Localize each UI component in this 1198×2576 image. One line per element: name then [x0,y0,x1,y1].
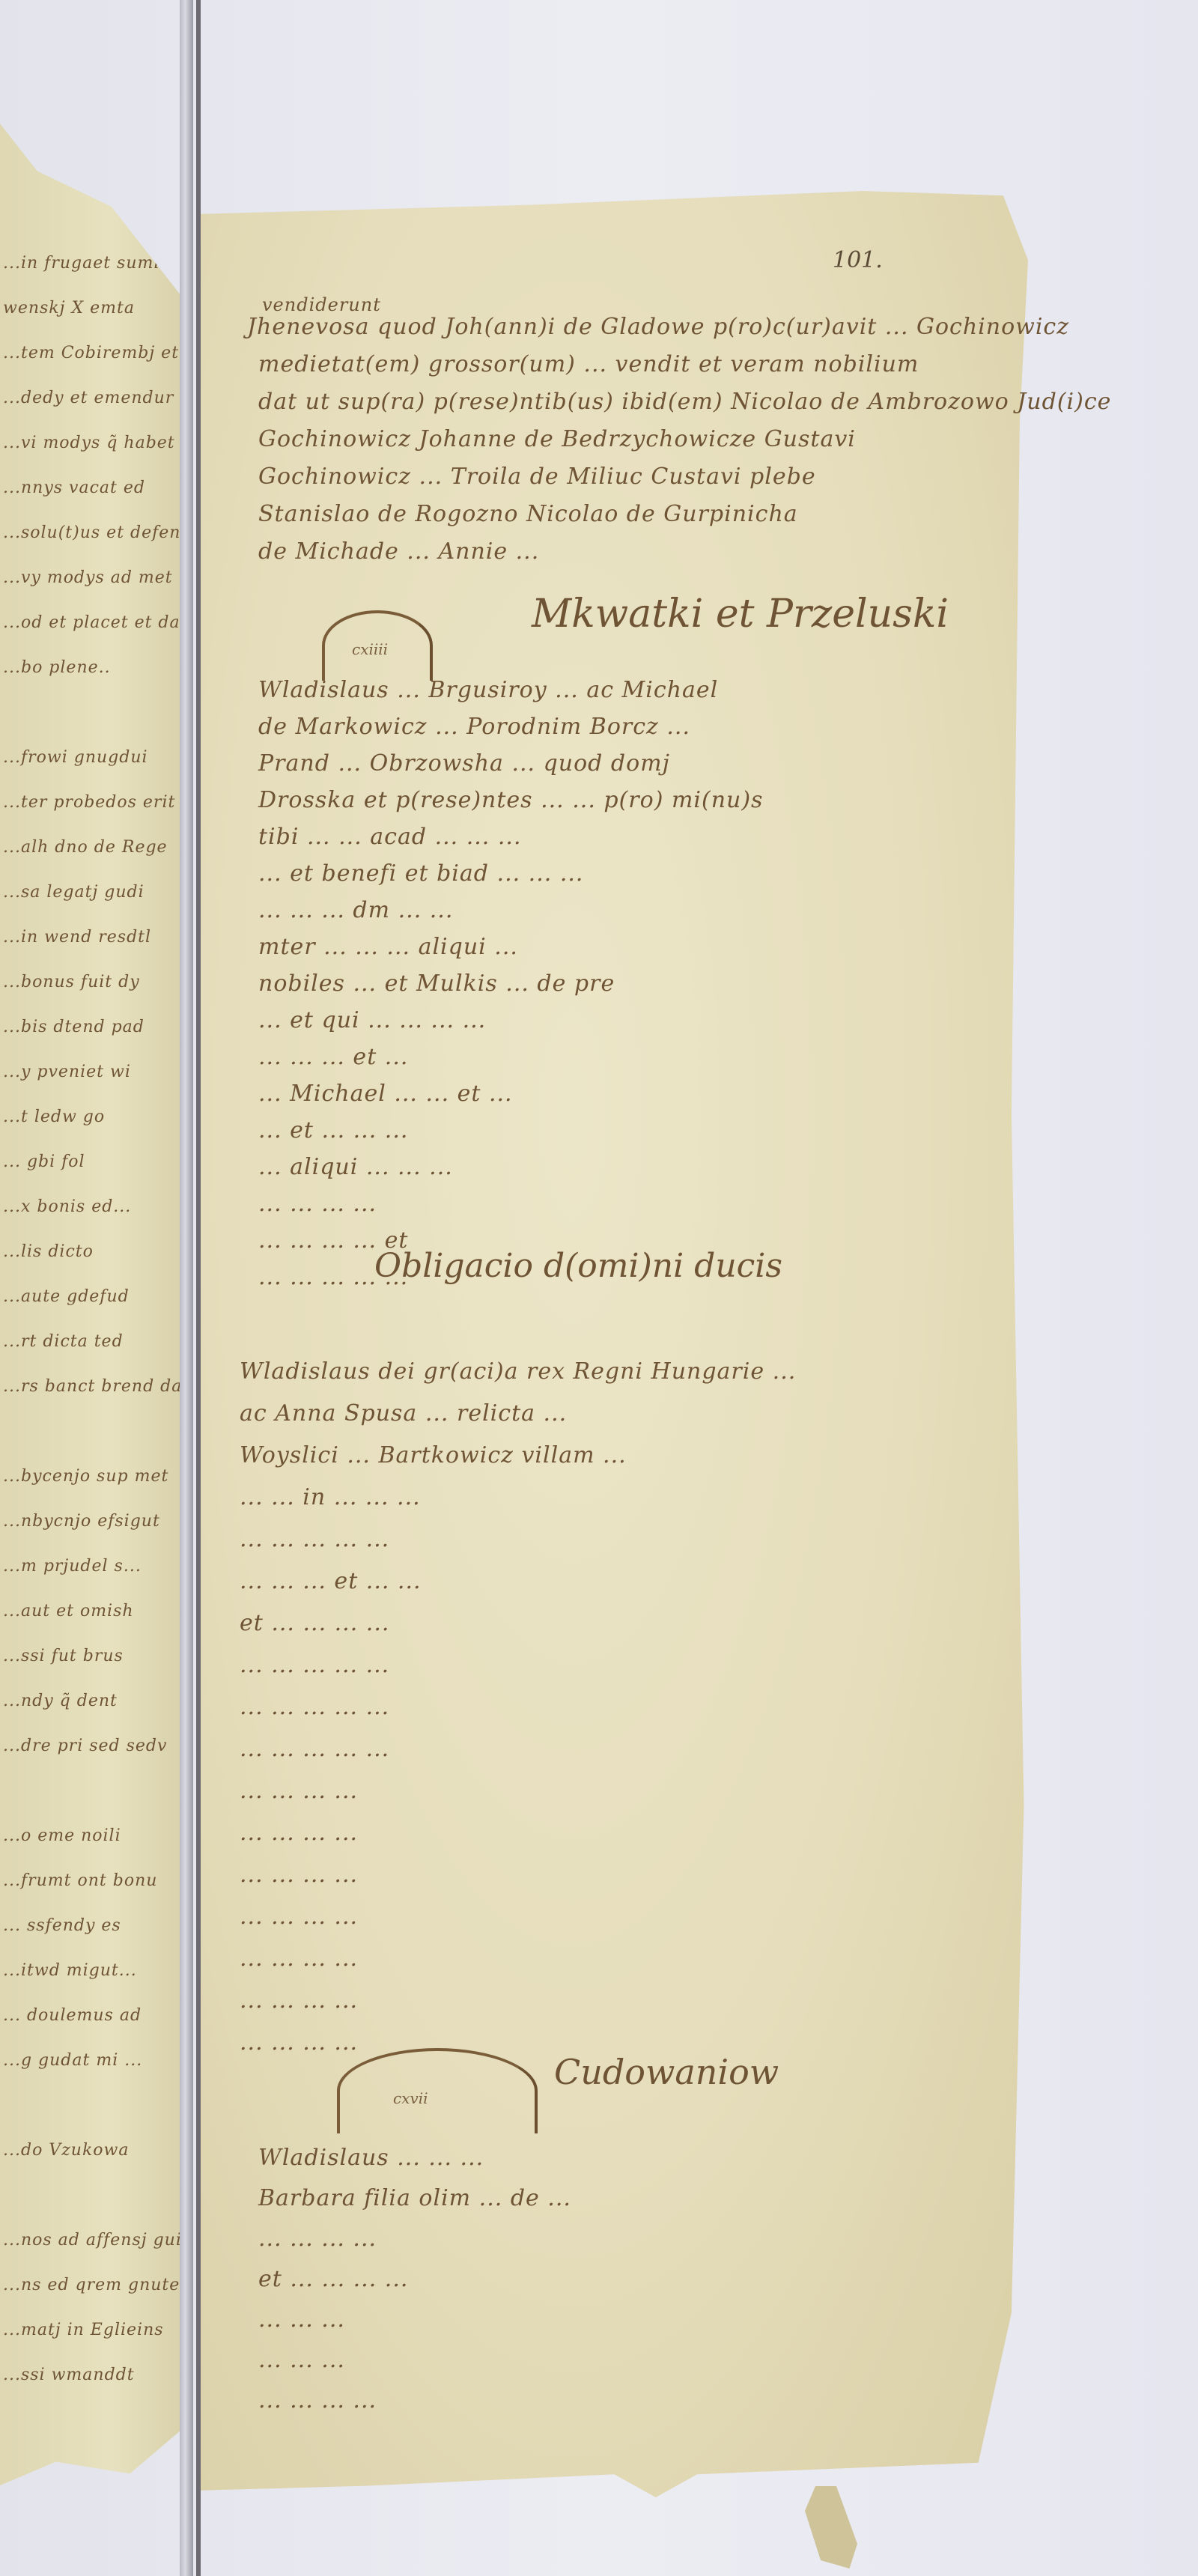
binding-rod [180,0,193,2576]
text-line: ... ... ... et ... [258,1045,408,1070]
text-line: ... ... ... [258,2348,345,2373]
text-line: ... Michael ... ... et ... [258,1081,513,1107]
text-line: Jhenevosa quod Joh(ann)i de Gladowe p(ro… [247,315,1069,340]
text-line: de Michade ... Annie ... [258,539,539,565]
left-page-text-line: ...dedy et emendur [3,386,174,411]
text-line: ... aliqui ... ... ... [258,1155,453,1180]
left-page-text-line: ...g gudat mi ... [3,2048,142,2074]
text-line: medietat(em) grossor(um) ... vendit et v… [258,352,919,377]
text-line: ... et qui ... ... ... ... [258,1008,486,1033]
text-line: de Markowicz ... Porodnim Borcz ... [258,714,690,740]
left-page-text-line: ...dre pri sed sedv [3,1734,167,1759]
left-page-text-line: ...ter probedos erit [3,790,175,815]
text-line: ac Anna Spusa ... relicta ... [240,1401,567,1427]
left-page-text-line: ...frowi gnugdui [3,745,148,771]
text-line: ... ... ... ... [240,2030,358,2056]
text-line: ... ... ... ... ... [240,1527,389,1552]
margin-bracket [337,2048,538,2133]
text-line: ... ... ... dm ... ... [258,898,453,923]
left-page-text-line: ...tem Cobirembj et [3,341,179,366]
left-page-text-line: ...x bonis ed... [3,1194,131,1220]
left-page-text-line: ...matj in Eglieins [3,2318,164,2343]
text-line: et ... ... ... ... [240,1611,389,1636]
left-page-text-line: ...y pveniet wi [3,1060,131,1085]
entry-heading: Cudowaniow [554,2052,779,2092]
text-line: Gochinowicz Johanne de Bedrzychowicze Gu… [258,427,856,452]
left-page-text-line: ...o eme noili [3,1823,121,1849]
text-line: ... ... ... ... [240,1988,358,2014]
text-line: ... ... ... ... [258,1191,377,1217]
left-page-text-line: ...rs banct brend dat [3,1374,189,1400]
left-page-text-line: ...frumt ont bonu [3,1868,157,1894]
left-page-text-line: ...in frugaet sumit [3,251,167,276]
text-line: ... ... ... [258,2307,345,2333]
left-page-text-line: ...bycenjo sup met [3,1464,168,1489]
left-page-text-line: ...rt dicta ted [3,1329,124,1355]
left-page-text-line: ...aute gdefud [3,1284,130,1310]
left-page-text-line: ...alh dno de Rege [3,835,168,860]
left-page-text-line: ...nos ad affensj gui [3,2228,182,2253]
entry-heading: Obligacio d(omi)ni ducis [374,1247,782,1285]
text-line: ... ... ... ... [240,1862,358,1888]
left-page-text-line: ... ssfendy es [3,1913,121,1939]
text-line: ... ... ... ... ... [240,1653,389,1678]
margin-note: cxvii [393,2089,428,2107]
left-page-text-line: ...in wend resdtl [3,925,151,950]
text-line: ... ... ... ... [240,1778,358,1804]
text-line: tibi ... ... acad ... ... ... [258,824,522,850]
margin-note: cxiiii [352,640,388,658]
left-page-text-line: ...vi modys q̃ habet [3,431,175,456]
entry-heading: Mkwatki et Przeluski [532,592,949,637]
text-line: Wladislaus ... ... ... [258,2145,484,2171]
text-line: Barbara filia olim ... de ... [258,2186,571,2211]
left-page-text-line: ... gbi fol [3,1149,85,1175]
text-line: Wladislaus ... Brgusiroy ... ac Michael [258,678,718,703]
left-page-text-line: ... doulemus ad [3,2003,142,2029]
binding-rod-shadow [196,0,201,2576]
text-line: Wladislaus dei gr(aci)a rex Regni Hungar… [240,1359,796,1385]
text-line: ... ... ... ... [258,2388,377,2414]
text-line: mter ... ... ... aliqui ... [258,935,518,960]
left-page-text-line: ...ssi fut brus [3,1644,124,1669]
text-line: Prand ... Obrzowsha ... quod domj [258,751,670,777]
left-page-text-line: ...nnys vacat ed [3,476,145,501]
left-page-text-line: ...ns ed qrem gnutem [3,2273,196,2298]
left-page-text-line: ...ndy q̃ dent [3,1689,118,1714]
left-page-text-line: ...bo plene.. [3,655,111,681]
text-line: ... ... ... ... ... [240,1737,389,1762]
left-page-text-line: ...nbycnjo efsigut [3,1509,160,1534]
left-page-text-line: ...aut et omish [3,1599,134,1624]
left-page: ...in frugaet sumitwenskj X emta...tem C… [0,124,186,2497]
text-line: ... ... ... ... [240,1946,358,1972]
text-line: Drosska et p(rese)ntes ... ... p(ro) mi(… [258,788,763,813]
text-line: ... ... ... ... [240,1904,358,1930]
text-line: ... ... ... et ... ... [240,1569,422,1594]
left-page-text-line: ...ssi wmanddt [3,2363,135,2388]
text-line: nobiles ... et Mulkis ... de pre [258,971,615,997]
text-line: dat ut sup(ra) p(rese)ntib(us) ibid(em) … [258,389,1111,415]
left-page-text-line: ...od et placet et dat [3,610,187,636]
text-line: Woyslici ... Bartkowicz villam ... [240,1443,627,1468]
left-page-text-line: ...bis dtend pad [3,1015,145,1040]
left-page-text-line: wenskj X emta [3,296,135,321]
left-page-text-line: ...m prjudel s... [3,1554,142,1579]
left-page-text-line: ...sa legatj gudi [3,880,145,905]
text-line: ... et benefi et biad ... ... ... [258,861,583,887]
left-page-text-line: ...itwd migut... [3,1958,137,1984]
text-line: ... ... ... ... ... [240,1695,389,1720]
text-line: Gochinowicz ... Troila de Miliuc Custavi… [258,464,816,490]
left-page-text-line: ...lis dicto [3,1239,94,1265]
text-line: Stanislao de Rogozno Nicolao de Gurpinic… [258,502,798,527]
text-line: et ... ... ... ... [258,2267,408,2292]
left-page-text-line: ...t ledw go [3,1105,105,1130]
text-line: ... ... ... ... [258,2226,377,2252]
text-line: ... et ... ... ... [258,1118,408,1143]
left-page-text-line: ...do Vzukowa [3,2138,129,2163]
left-page-text-line: ...vy modys ad met [3,565,173,591]
folio-number: 101. [833,247,883,273]
text-line: ... ... in ... ... ... [240,1485,421,1510]
text-line: ... ... ... ... [240,1820,358,1846]
left-page-text-line: ...bonus fuit dy [3,970,140,995]
